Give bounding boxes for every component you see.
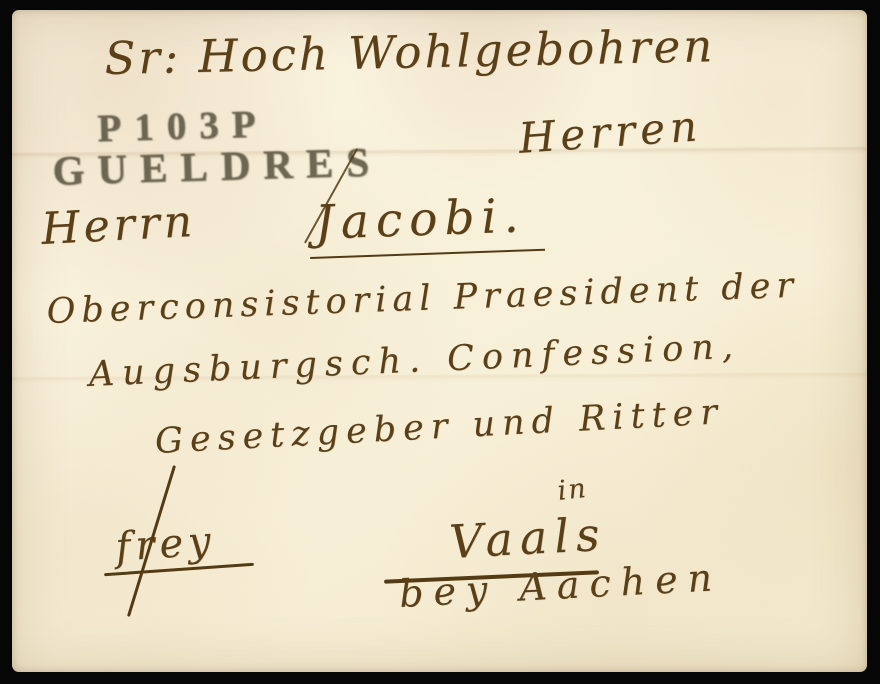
addressee-title-line-2: Augsburgsch. Confession, — [88, 327, 742, 395]
letter-paper: Sr: Hoch Wohlgebohren P103P GUELDRES Her… — [12, 10, 867, 672]
destination-place: Vaals — [448, 507, 608, 569]
postmark-gueldres: P103P GUELDRES — [51, 101, 383, 192]
postmark-town-line: GUELDRES — [52, 140, 383, 192]
addressee-title-line-1: Oberconsistorial Praesident der — [46, 266, 800, 332]
salutation-line: Sr: Hoch Wohlgebohren — [104, 19, 716, 85]
scanned-letter-cover: Sr: Hoch Wohlgebohren P103P GUELDRES Her… — [0, 0, 880, 684]
herren-word: Herren — [517, 101, 704, 163]
addressee-title-line-3: Gesetzgeber und Ritter — [154, 392, 725, 462]
herrn-word: Herrn — [40, 196, 197, 255]
preposition-in: in — [556, 473, 589, 507]
frey-note-struck: frey — [114, 518, 217, 571]
addressee-name-underlined: Jacobi. — [308, 188, 545, 259]
destination-region: bey Aachen — [398, 555, 723, 616]
